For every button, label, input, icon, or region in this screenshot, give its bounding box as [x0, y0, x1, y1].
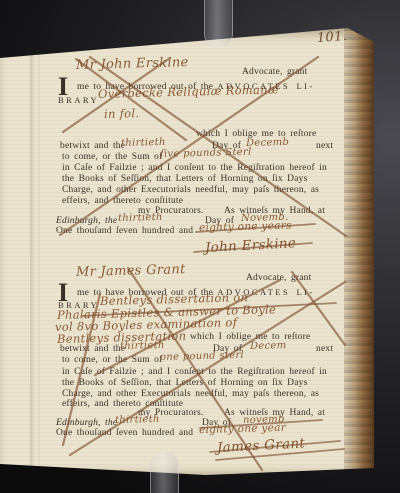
form-advocate-grant: Advocate, grant: [242, 67, 307, 77]
form-failzie: in Caſe of Failzie ; and I conſent to th…: [62, 367, 327, 377]
signed-day-handwriting: thirtieth: [118, 212, 163, 224]
penalty-sum-handwriting: one pound sterl: [160, 350, 244, 363]
book-fore-edge: [344, 28, 374, 476]
form-advocate-grant: Advocate, grant: [246, 273, 311, 283]
return-day-handwriting: thirtieth: [121, 137, 166, 149]
borrower-name: Mr James Grant: [76, 262, 186, 280]
return-day-handwriting: thirtieth: [120, 340, 165, 352]
form-edinburgh: Edinburgh, the: [56, 418, 117, 428]
form-books: the Books of Seſſion, that Letters of Ho…: [62, 174, 308, 184]
return-month-handwriting: Decem: [250, 340, 287, 352]
borrower-name: Mr John Erskine: [76, 55, 189, 73]
book-title-line: in fol.: [104, 106, 140, 121]
form-books: the Books of Seſſion, that Letters of Ho…: [62, 378, 308, 388]
form-year-prefix: One thouſand ſeven hundred and: [56, 428, 193, 438]
form-failzie: in Caſe of Failzie ; and I conſent to th…: [62, 163, 327, 173]
page-holder-clip-top: [204, 0, 233, 47]
signed-day-handwriting: thirtieth: [115, 414, 160, 426]
form-edinburgh: Edinburgh, the: [56, 216, 117, 226]
gutter-crease: [30, 28, 40, 476]
form-betwixt: betwixt and the: [60, 141, 125, 151]
form-year-prefix: One thouſand ſeven hundred and: [56, 226, 193, 236]
photographed-register-page: 101. Mr John Erskine Advocate, grant I m…: [0, 0, 400, 493]
year-handwriting: eighty one year: [199, 422, 286, 436]
page-holder-clip-bottom: [150, 452, 179, 493]
year-handwriting: eighty one years: [199, 220, 292, 234]
page-number: 101.: [316, 29, 347, 46]
return-month-handwriting: Decemb: [246, 137, 289, 149]
form-charge: Charge, and other Executorials needful, …: [62, 185, 319, 195]
form-brary: BRARY: [58, 95, 99, 105]
form-next: next: [316, 344, 333, 354]
form-next: next: [316, 141, 333, 151]
form-charge: Charge, and other Executorials needful, …: [62, 389, 319, 399]
form-sum-prefix: to come, or the Sum of: [62, 152, 162, 162]
form-effeirs: effeirs, and thereto conſtitute: [62, 196, 183, 206]
form-sum-prefix: to come, or the Sum of: [62, 355, 162, 365]
